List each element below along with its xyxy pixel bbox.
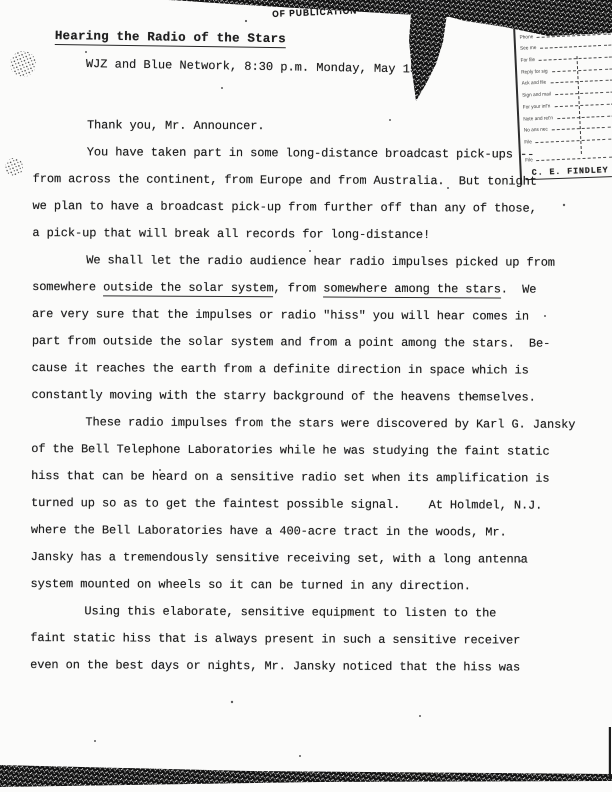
underlined-phrase: outside the solar system — [103, 280, 274, 296]
broadcast-schedule-line: WJZ and Blue Network, 8:30 p.m. Monday, … — [86, 57, 425, 77]
text-line: part from outside the solar system and f… — [32, 334, 584, 364]
routing-slip-rule — [607, 115, 612, 117]
text-line: You have taken part in some long-distanc… — [33, 145, 585, 175]
text-segment: even on the best days or nights, Mr. Jan… — [30, 658, 520, 675]
publication-stamp: OF PUBLICATION — [272, 5, 358, 19]
text-line: a pick-up that will break all records fo… — [32, 226, 584, 256]
text-segment: We shall let the radio audience hear rad… — [86, 253, 555, 269]
text-segment: are very sure that the impulses or radio… — [32, 307, 529, 324]
routing-slip-rule — [604, 45, 612, 47]
text-line: Using this elaborate, sensitive equipmen… — [30, 604, 582, 634]
routing-slip-rule — [606, 91, 612, 93]
text-line: Thank you, Mr. Announcer. — [33, 118, 585, 148]
text-line: These radio impulses from the stars were… — [31, 415, 583, 445]
right-edge-line — [609, 727, 611, 779]
text-line: where the Bell Laboratories have a 400-a… — [31, 523, 583, 553]
tape-smear-blob — [409, 14, 447, 101]
text-line: of the Bell Telephone Laboratories while… — [31, 442, 583, 472]
text-segment: constantly moving with the starry backgr… — [32, 388, 536, 405]
text-segment: part from outside the solar system and f… — [32, 334, 550, 351]
routing-slip-rule — [607, 103, 612, 105]
text-segment: of the Bell Telephone Laboratories while… — [31, 442, 549, 459]
routing-slip-rule — [606, 80, 612, 82]
routing-slip-rule — [605, 56, 612, 58]
text-segment: Using this elaborate, sensitive equipmen… — [84, 604, 496, 620]
scanned-document-page: PhoneSee meFor fileReply for sigAck and … — [0, 0, 612, 792]
text-line: system mounted on wheels so it can be tu… — [30, 577, 582, 607]
routing-slip-rule — [605, 68, 612, 70]
text-line: We shall let the radio audience hear rad… — [32, 253, 584, 283]
text-segment: hiss that can be heard on a sensitive ra… — [31, 469, 549, 486]
text-line: faint static hiss that is always present… — [30, 631, 582, 661]
text-segment: These radio impulses from the stars were… — [85, 415, 575, 432]
text-segment: . We — [501, 282, 537, 296]
text-segment: system mounted on wheels so it can be tu… — [31, 577, 471, 593]
routing-slip-row-label: See me — [520, 46, 537, 52]
text-line: turned up so as to get the faintest poss… — [31, 496, 583, 526]
text-segment: turned up so as to get the faintest poss… — [31, 496, 542, 513]
text-line: somewhere outside the solar system, from… — [32, 280, 584, 310]
text-segment: You have taken part in some long-distanc… — [87, 145, 534, 161]
left-speck-blob-1 — [10, 51, 36, 77]
routing-slip-row-label: Phone — [519, 35, 533, 41]
text-segment: from across the continent, from Europe a… — [33, 172, 537, 189]
text-segment: we plan to have a broadcast pick-up from… — [33, 199, 537, 216]
text-segment: Thank you, Mr. Announcer. — [87, 118, 265, 133]
routing-slip-rule — [603, 33, 612, 35]
text-segment: cause it reaches the earth from a defini… — [32, 361, 529, 378]
text-segment: somewhere — [32, 280, 103, 294]
text-line: are very sure that the impulses or radio… — [32, 307, 584, 337]
routing-slip-rule — [608, 138, 612, 140]
underlined-phrase: somewhere among the stars — [323, 282, 501, 298]
text-line: even on the best days or nights, Mr. Jan… — [30, 658, 582, 688]
text-segment: Jansky has a tremendously sensitive rece… — [31, 550, 528, 567]
text-segment: where the Bell Laboratories have a 400-a… — [31, 523, 507, 539]
routing-slip-rule — [608, 126, 612, 128]
text-line: we plan to have a broadcast pick-up from… — [32, 199, 584, 229]
text-line: cause it reaches the earth from a defini… — [32, 361, 584, 391]
text-segment: a pick-up that will break all records fo… — [32, 226, 430, 242]
text-line: from across the continent, from Europe a… — [33, 172, 585, 202]
text-segment: , from — [274, 281, 324, 295]
document-title: Hearing the Radio of the Stars — [55, 29, 286, 48]
text-line: constantly moving with the starry backgr… — [31, 388, 583, 418]
document-body: Thank you, Mr. Announcer.You have taken … — [30, 118, 585, 688]
left-speck-blob-2 — [5, 158, 23, 176]
text-segment: faint static hiss that is always present… — [30, 631, 520, 648]
text-line: hiss that can be heard on a sensitive ra… — [31, 469, 583, 499]
text-line: Jansky has a tremendously sensitive rece… — [31, 550, 583, 580]
torn-edge-bottom-band — [0, 765, 612, 787]
routing-slip-row-label: For file — [521, 58, 536, 64]
